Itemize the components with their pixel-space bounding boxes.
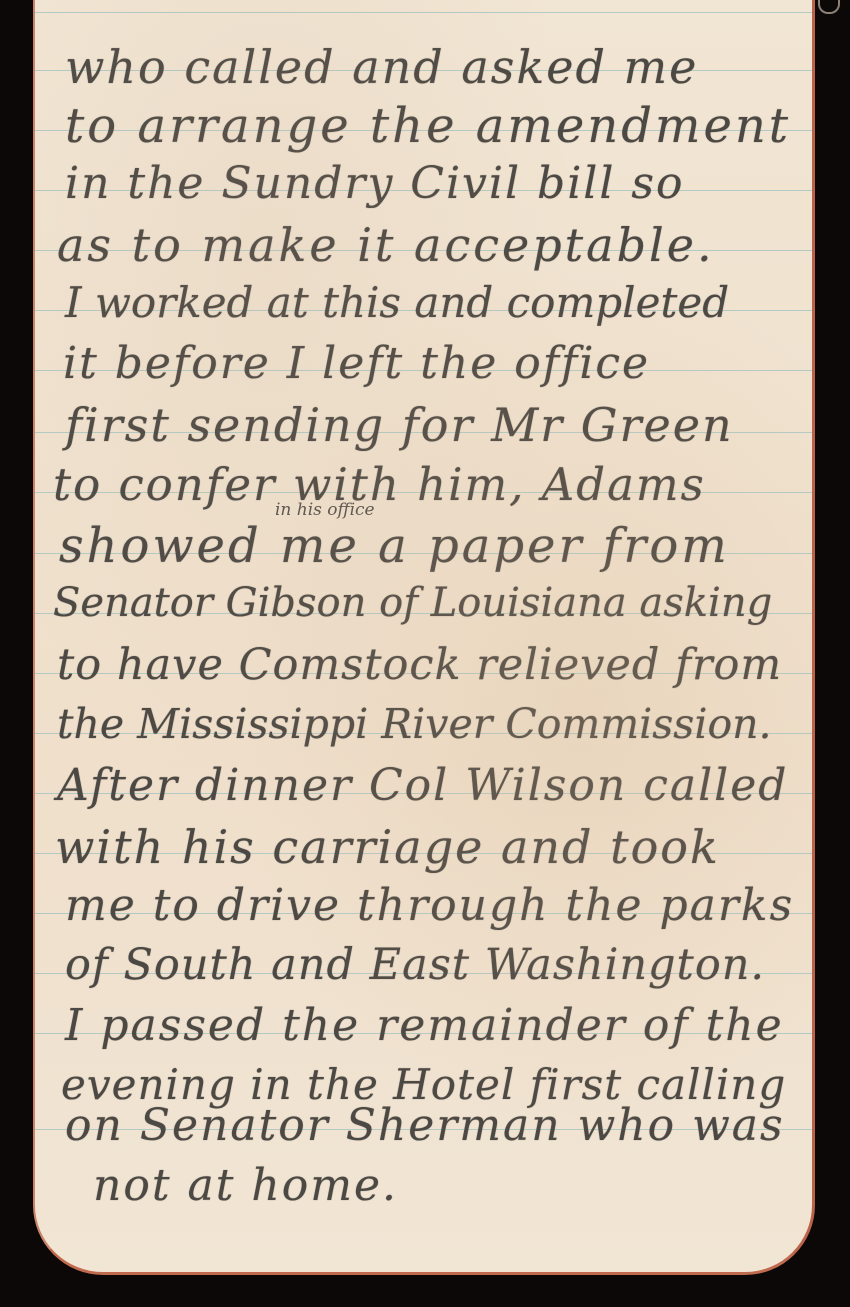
handwritten-line-14: with his carriage and took xyxy=(55,820,720,874)
handwritten-line-11: to have Comstock relieved from xyxy=(57,640,782,690)
handwritten-line-13: After dinner Col Wilson called xyxy=(57,760,788,811)
notebook-page: who called and asked me to arrange the a… xyxy=(33,0,815,1275)
rule-line xyxy=(35,12,812,13)
handwritten-line-15: me to drive through the parks xyxy=(65,880,794,931)
handwritten-line-6: it before I left the office xyxy=(63,338,650,389)
handwritten-line-9: showed me a paper from xyxy=(59,518,730,574)
handwritten-line-12: the Mississippi River Commission. xyxy=(57,700,772,748)
handwritten-line-7: first sending for Mr Green xyxy=(65,398,734,452)
handwritten-line-16: of South and East Washington. xyxy=(65,940,765,990)
handwritten-line-8: to confer with him, Adams xyxy=(53,458,706,511)
handwritten-line-19: on Senator Sherman who was xyxy=(65,1100,785,1151)
handwritten-line-1: who called and asked me xyxy=(65,40,698,94)
handwritten-line-4: as to make it acceptable. xyxy=(57,218,715,272)
handwritten-line-2: to arrange the amendment xyxy=(65,98,791,154)
interlinear-insertion: in his office xyxy=(275,500,375,520)
handwritten-line-5: I worked at this and completed xyxy=(65,278,729,327)
handwritten-line-20: not at home. xyxy=(93,1160,398,1211)
handwritten-line-10: Senator Gibson of Louisiana asking xyxy=(53,580,772,626)
handwritten-line-3: in the Sundry Civil bill so xyxy=(65,158,684,209)
handwritten-line-17: I passed the remainder of the xyxy=(65,1000,784,1051)
